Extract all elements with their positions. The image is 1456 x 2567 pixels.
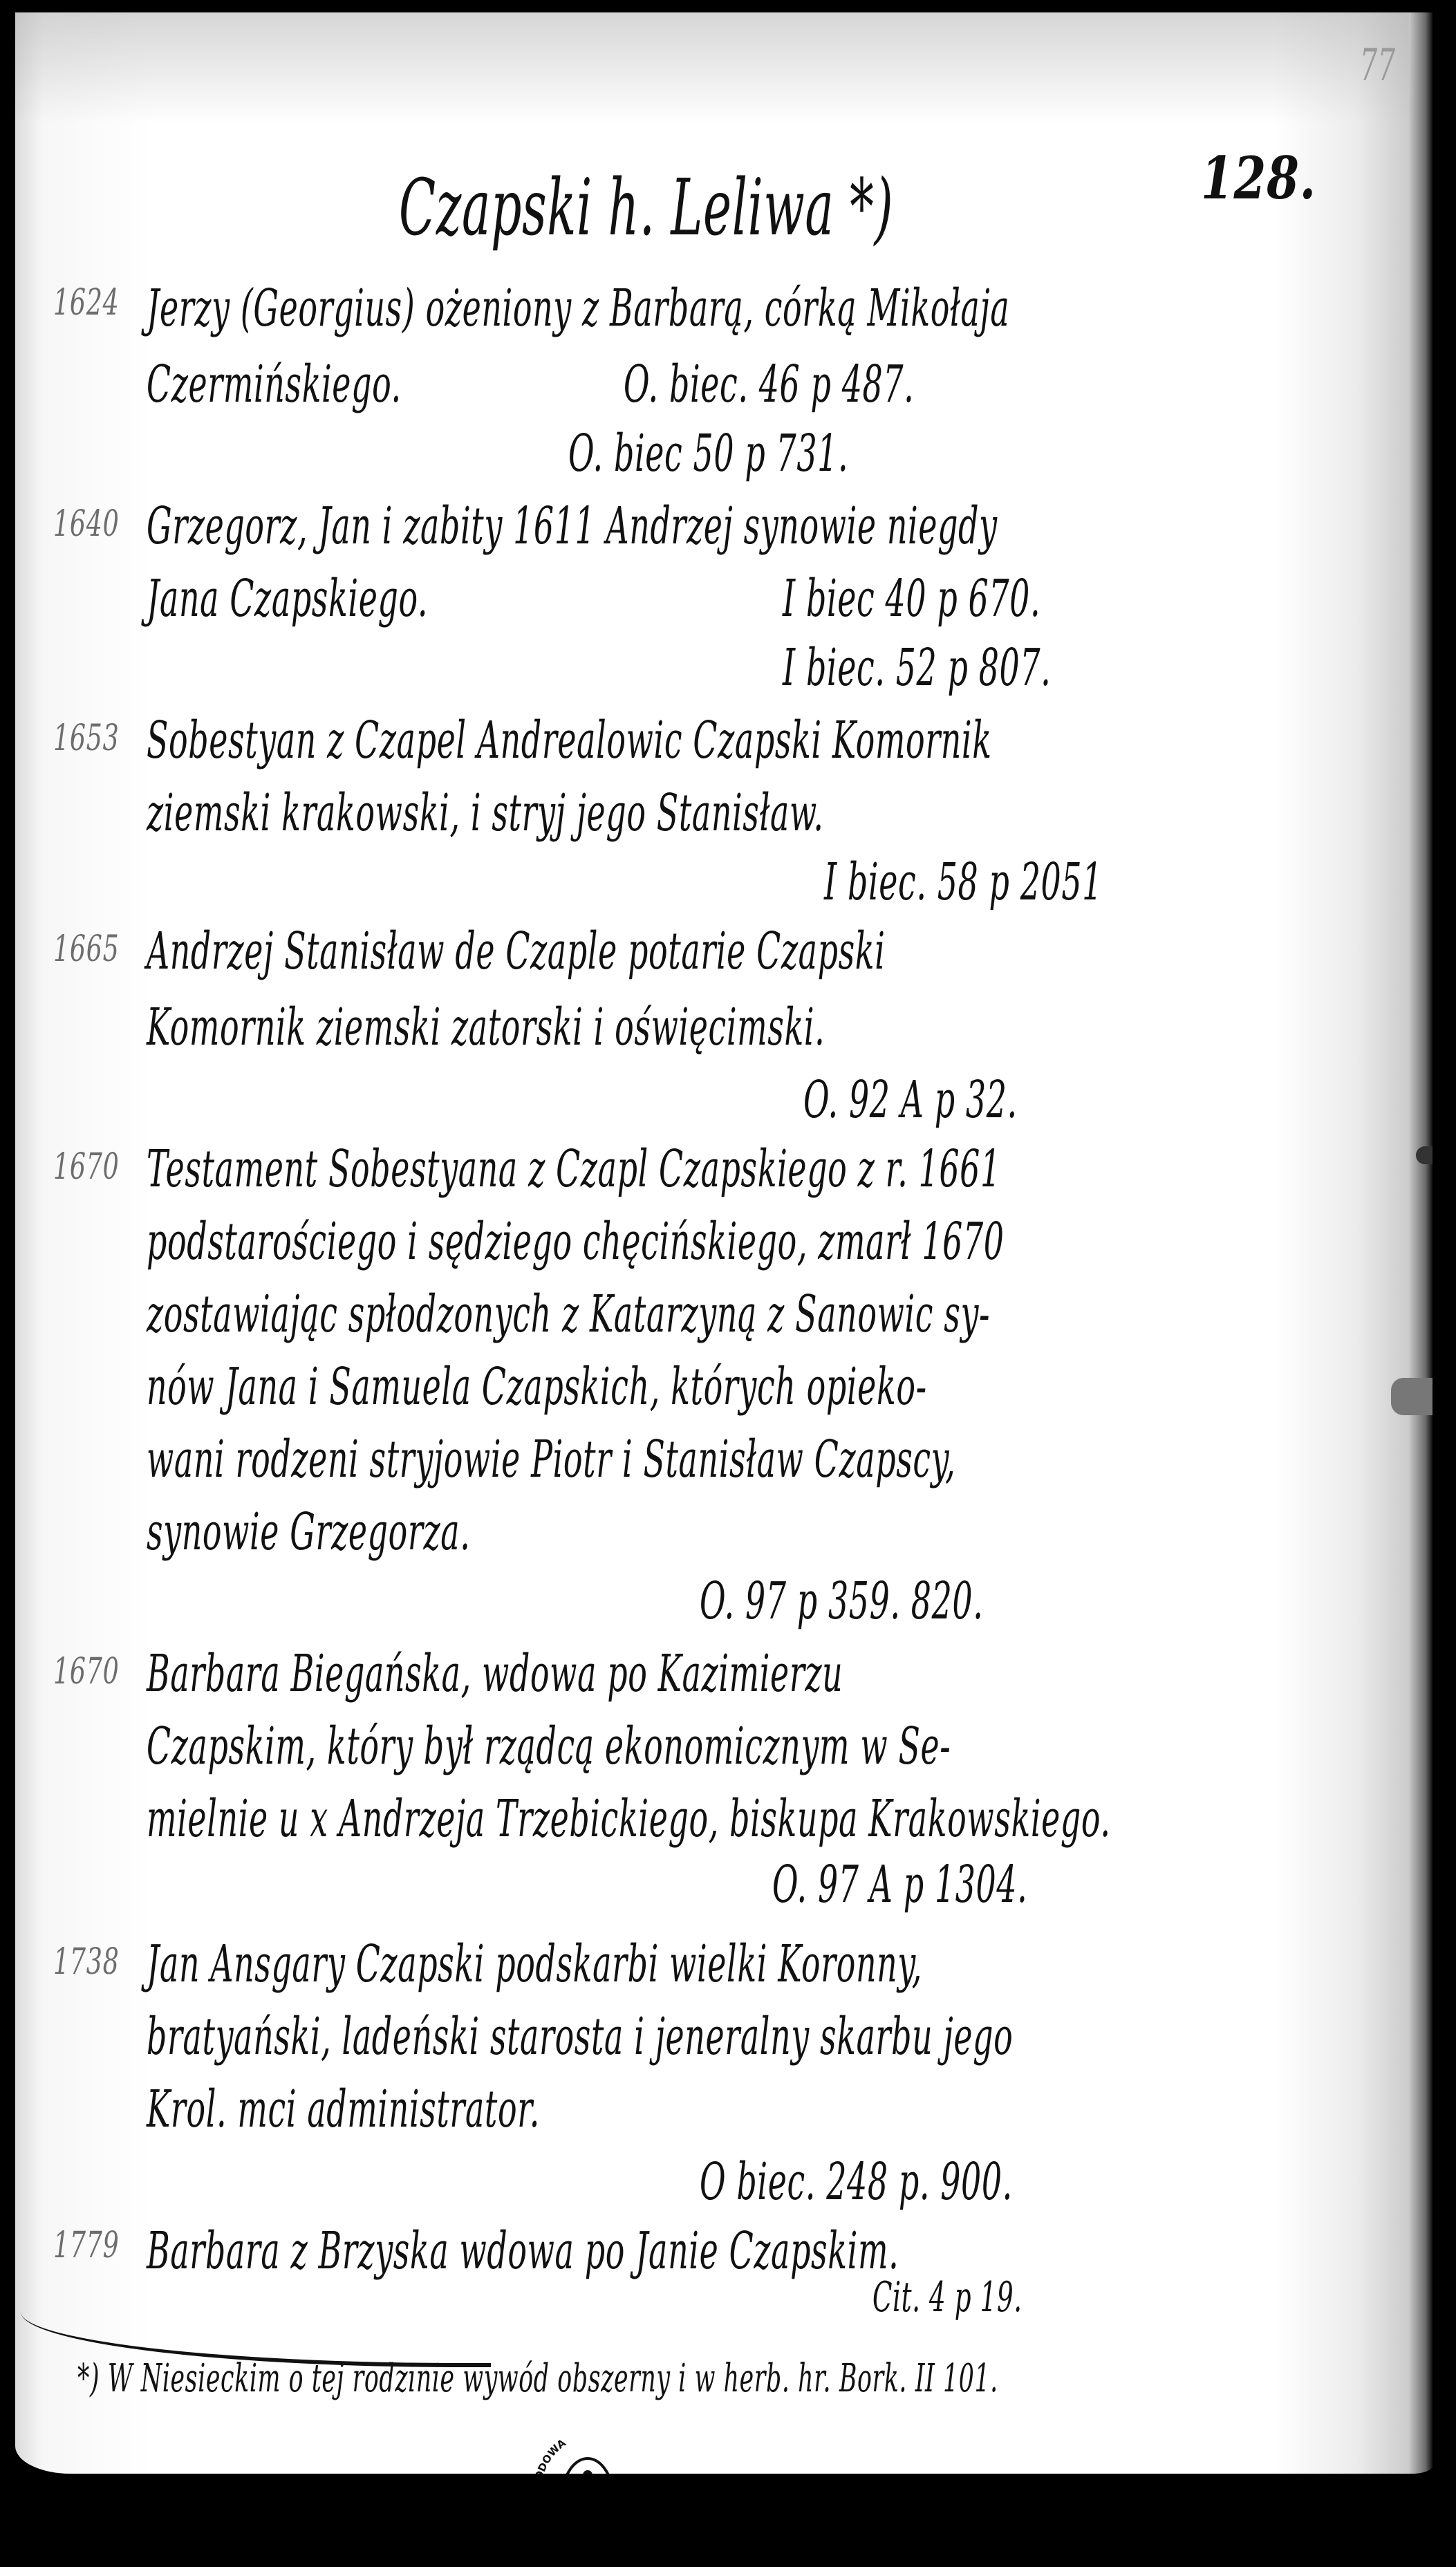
entry-line: Grzegorz, Jan i zabity 1611 Andrzej syno… xyxy=(147,496,998,556)
entry-line: Czapskim, który był rządcą ekonomicznym … xyxy=(147,1717,951,1776)
entry-year: 1738 xyxy=(53,1941,119,1983)
entry-line: Jan Ansgary Czapski podskarbi wielki Kor… xyxy=(147,1934,922,1994)
footnote-text: W Niesieckim o tej rodzinie wywód obszer… xyxy=(108,2356,998,2401)
margin-tab xyxy=(1391,1378,1432,1415)
entry-line: ziemski krakowski, i stryj jego Stanisła… xyxy=(147,783,824,843)
archive-number: 77 xyxy=(1360,40,1396,91)
entry-line: zostawiając spłodzonych z Katarzyną z Sa… xyxy=(147,1285,990,1344)
entry-year: 1624 xyxy=(53,282,119,324)
library-stamp: BIBLIOTEKA NARODOWA xyxy=(532,2432,643,2474)
entry-reference: I biec. 58 p 2051 xyxy=(824,852,1103,912)
entry-reference: O biec. 248 p. 900. xyxy=(700,2152,1013,2212)
entry-line: Krol. mci administrator. xyxy=(147,2080,540,2139)
entry-line: Komornik ziemski zatorski i oświęcimski. xyxy=(147,998,825,1057)
entry-line: podstarościego i sędziego chęcińskiego, … xyxy=(147,1212,1005,1271)
page-shading xyxy=(15,12,1432,123)
entry-line: Czermińskiego. xyxy=(147,355,402,414)
entry-line: Barbara Biegańska, wdowa po Kazimierzu xyxy=(147,1644,843,1703)
entry-line: Sobestyan z Czapel Andrealowic Czapski K… xyxy=(147,711,992,770)
entry-year: 1640 xyxy=(53,503,119,545)
entry-line: Testament Sobestyana z Czapl Czapskiego … xyxy=(147,1139,1001,1199)
entry-line: Jana Czapskiego. xyxy=(147,569,428,628)
entry-line: Barbara z Brzyska wdowa po Janie Czapski… xyxy=(147,2221,899,2281)
footnote-marker: *) xyxy=(77,2356,100,2401)
entry-year: 1665 xyxy=(53,928,119,970)
entry-line: nów Jana i Samuela Czapskich, których op… xyxy=(147,1357,927,1417)
page-number: 128. xyxy=(1201,144,1316,212)
margin-tab-mark xyxy=(1416,1146,1432,1164)
entry-year: 1653 xyxy=(53,718,119,759)
entry-line: Andrzej Stanisław de Czaple potarie Czap… xyxy=(147,922,886,981)
entry-line: wani rodzeni stryjowie Piotr i Stanisław… xyxy=(147,1430,955,1489)
entry-reference: O. 92 A p 32. xyxy=(803,1070,1018,1130)
svg-text:BIBLIOTEKA NARODOWA: BIBLIOTEKA NARODOWA xyxy=(532,2436,581,2474)
entry-reference: O. 97 A p 1304. xyxy=(772,1855,1027,1914)
page-binding-edge xyxy=(1409,12,1432,2474)
entry-line: bratyański, ladeński starosta i jeneraln… xyxy=(147,2007,1013,2066)
eagle-emblem-icon xyxy=(572,2470,603,2474)
entry-line: synowie Grzegorza. xyxy=(147,1502,470,1562)
entry-reference: O. 97 p 359. 820. xyxy=(700,1571,983,1631)
footnote: *) W Niesieckim o tej rodzinie wywód obs… xyxy=(77,2356,998,2401)
entry-reference: O. biec. 46 p 487. xyxy=(624,355,914,414)
entry-year: 1670 xyxy=(53,1651,119,1692)
stamp-text: BIBLIOTEKA NARODOWA xyxy=(532,2436,581,2474)
entry-reference: O. biec 50 p 731. xyxy=(568,424,848,483)
entry-year: 1779 xyxy=(53,2225,119,2266)
entry-line: Jerzy (Georgius) ożeniony z Barbarą, cór… xyxy=(147,279,1009,338)
entry-reference: I biec 40 p 670. xyxy=(783,569,1040,628)
entry-year: 1670 xyxy=(53,1146,119,1188)
entry-line: mielnie u x Andrzeja Trzebickiego, bisku… xyxy=(147,1789,1111,1849)
page-title: Czapski h. Leliwa *) xyxy=(399,163,893,253)
manuscript-page: 77 Czapski h. Leliwa *) 128. 1624 Jerzy … xyxy=(15,12,1432,2474)
entry-reference: I biec. 52 p 807. xyxy=(783,638,1051,698)
entry-reference: Cit. 4 p 19. xyxy=(872,2273,1023,2322)
